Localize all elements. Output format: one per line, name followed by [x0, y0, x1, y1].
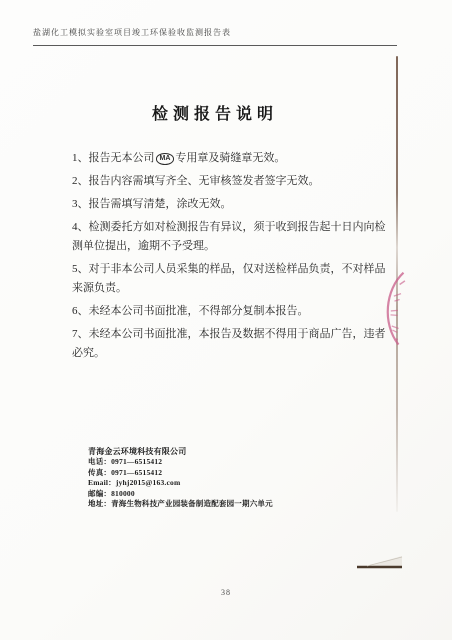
list-item: 2、报告内容需填写齐全、无审核签发者签字无效。: [72, 172, 394, 191]
page-title: 检测报告说明: [33, 101, 397, 124]
header-divider-line: [33, 45, 397, 46]
item-text: 1、报告无本公司: [72, 152, 155, 164]
document-header-text: 盐湖化工模拟实验室项目竣工环保验收监测报告表: [33, 27, 373, 38]
contact-phone: 电话：0971—6515412: [88, 457, 368, 467]
list-item: 6、未经本公司书面批准，不得部分复制本报告。: [72, 302, 394, 321]
page-corner-shadow: [357, 554, 403, 572]
contact-email: Email：jyhj2015@163.com: [88, 478, 368, 488]
item-text: 专用章及骑缝章无效。: [175, 152, 285, 164]
list-item: 3、报告需填写清楚，涂改无效。: [72, 195, 394, 214]
red-seal-stamp-icon: [376, 267, 408, 349]
company-name: 青海金云环境科技有限公司: [88, 447, 368, 457]
contact-fax: 传真：0971—6515412: [88, 468, 368, 478]
cma-accreditation-icon: MA: [156, 153, 175, 165]
contact-address: 地址：青海生物科技产业园装备制造配套园一期六单元: [88, 499, 368, 509]
list-item: 7、未经本公司书面批准，本报告及数据不得用于商品广告，违者必究。: [72, 325, 394, 363]
contact-postcode: 邮编：810000: [88, 489, 368, 499]
list-item: 1、报告无本公司MA专用章及骑缝章无效。: [72, 149, 394, 168]
scanned-document-page: 盐湖化工模拟实验室项目竣工环保验收监测报告表 检测报告说明 1、报告无本公司MA…: [0, 0, 452, 640]
page-number: 38: [0, 588, 452, 597]
list-item: 5、对于非本公司人员采集的样品，仅对送检样品负责，不对样品来源负责。: [72, 260, 394, 298]
list-item: 4、检测委托方如对检测报告有异议，须于收到报告起十日内向检测单位提出，逾期不予受…: [72, 218, 394, 256]
notes-list: 1、报告无本公司MA专用章及骑缝章无效。 2、报告内容需填写齐全、无审核签发者签…: [72, 149, 394, 367]
contact-block: 青海金云环境科技有限公司 电话：0971—6515412 传真：0971—651…: [88, 447, 368, 509]
